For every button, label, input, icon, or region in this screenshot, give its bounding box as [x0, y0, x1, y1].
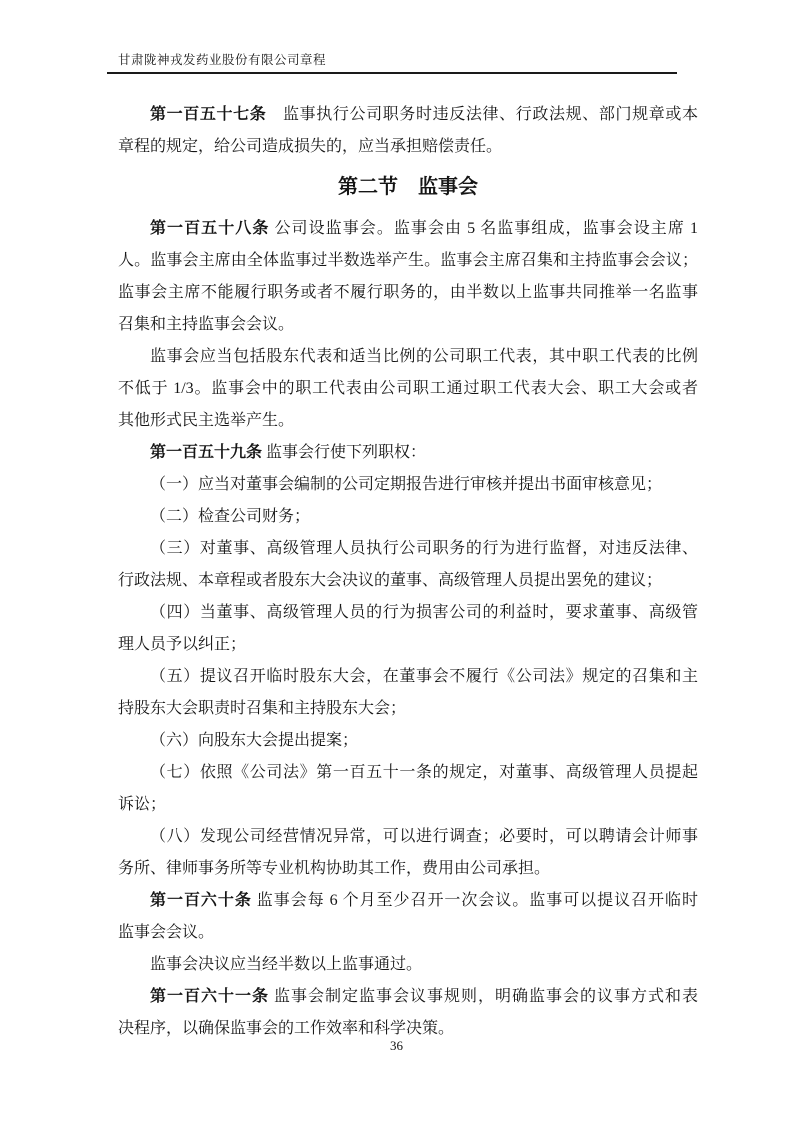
article-text: 召集和主持监事会会议。 [118, 316, 294, 333]
article-text: 监事会制定监事会议事规则，明确监事会的议事方式和表 [274, 988, 698, 1005]
text-line: （七）依照《公司法》第一百五十一条的规定，对董事、高级管理人员提起 [118, 757, 698, 789]
article-number: 第一百五十九条 [150, 444, 266, 461]
text-line: （三）对董事、高级管理人员执行公司职务的行为进行监督，对违反法律、 [118, 533, 698, 565]
article-text: （八）发现公司经营情况异常，可以进行调查；必要时，可以聘请会计师事 [150, 828, 698, 845]
article-text: 务所、律师事务所等专业机构协助其工作，费用由公司承担。 [118, 860, 550, 877]
text-line: 监事会主席不能履行职务或者不履行职务的，由半数以上监事共同推举一名监事 [118, 277, 698, 309]
text-line: 其他形式民主选举产生。 [118, 405, 698, 437]
article-text: 章程的规定，给公司造成损失的，应当承担赔偿责任。 [118, 138, 502, 155]
document-body: 第一百五十七条 监事执行公司职务时违反法律、行政法规、部门规章或本章程的规定，给… [118, 99, 698, 1045]
article-text: （七）依照《公司法》第一百五十一条的规定，对董事、高级管理人员提起 [150, 764, 698, 781]
article-text: 行政法规、本章程或者股东大会决议的董事、高级管理人员提出罢免的建议； [118, 572, 662, 589]
article-text: （六）向股东大会提出提案； [150, 732, 358, 749]
text-line: 第一百六十一条 监事会制定监事会议事规则，明确监事会的议事方式和表 [118, 981, 698, 1013]
article-text: 监事会应当包括股东代表和适当比例的公司职工代表，其中职工代表的比例 [150, 348, 698, 365]
text-line: （一）应当对董事会编制的公司定期报告进行审核并提出书面审核意见； [118, 469, 698, 501]
article-text: 监事会会议。 [118, 924, 214, 941]
article-number: 第一百六十条 [150, 892, 257, 909]
text-line: 监事会应当包括股东代表和适当比例的公司职工代表，其中职工代表的比例 [118, 341, 698, 373]
article-text: 不低于 1/3。监事会中的职工代表由公司职工通过职工代表大会、职工大会或者 [118, 380, 698, 397]
text-line: 第一百五十七条 监事执行公司职务时违反法律、行政法规、部门规章或本 [118, 99, 698, 131]
text-line: （五）提议召开临时股东大会，在董事会不履行《公司法》规定的召集和主 [118, 661, 698, 693]
article-text: 公司设监事会。监事会由 5 名监事组成，监事会设主席 1 [274, 220, 698, 237]
text-line: 第一百五十八条 公司设监事会。监事会由 5 名监事组成，监事会设主席 1 [118, 213, 698, 245]
text-line: 诉讼； [118, 789, 698, 821]
article-number: 第一百五十七条 [150, 106, 283, 123]
article-number: 第一百五十八条 [150, 220, 274, 237]
text-line: 监事会决议应当经半数以上监事通过。 [118, 949, 698, 981]
article-text: 其他形式民主选举产生。 [118, 412, 294, 429]
text-line: 人。监事会主席由全体监事过半数选举产生。监事会主席召集和主持监事会会议； [118, 245, 698, 277]
article-text: 诉讼； [118, 796, 166, 813]
text-line: 第一百六十条 监事会每 6 个月至少召开一次会议。监事可以提议召开临时 [118, 885, 698, 917]
article-text: 人。监事会主席由全体监事过半数选举产生。监事会主席召集和主持监事会会议； [118, 252, 698, 269]
article-text: （一）应当对董事会编制的公司定期报告进行审核并提出书面审核意见； [150, 476, 662, 493]
text-line: 行政法规、本章程或者股东大会决议的董事、高级管理人员提出罢免的建议； [118, 565, 698, 597]
article-text: 理人员予以纠正； [118, 636, 246, 653]
article-text: （三）对董事、高级管理人员执行公司职务的行为进行监督，对违反法律、 [150, 540, 698, 557]
text-line: （二）检查公司财务； [118, 501, 698, 533]
text-line: 第一百五十九条 监事会行使下列职权： [118, 437, 698, 469]
text-line: 持股东大会职责时召集和主持股东大会； [118, 693, 698, 725]
text-line: （八）发现公司经营情况异常，可以进行调查；必要时，可以聘请会计师事 [118, 821, 698, 853]
article-text: 监事会主席不能履行职务或者不履行职务的，由半数以上监事共同推举一名监事 [118, 284, 698, 301]
article-text: 决程序，以确保监事会的工作效率和科学决策。 [118, 1020, 454, 1037]
article-text: （四）当董事、高级管理人员的行为损害公司的利益时，要求董事、高级管 [150, 604, 698, 621]
article-text: 监事执行公司职务时违反法律、行政法规、部门规章或本 [283, 106, 698, 123]
text-line: （四）当董事、高级管理人员的行为损害公司的利益时，要求董事、高级管 [118, 597, 698, 629]
page-footer: 36 [0, 1038, 793, 1054]
page-header: 甘肃陇神戎发药业股份有限公司章程 [107, 53, 677, 74]
text-line: 监事会会议。 [118, 917, 698, 949]
article-text: 持股东大会职责时召集和主持股东大会； [118, 700, 406, 717]
article-text: 监事会每 6 个月至少召开一次会议。监事可以提议召开临时 [257, 892, 698, 909]
text-line: 理人员予以纠正； [118, 629, 698, 661]
article-text: 监事会行使下列职权： [266, 444, 426, 461]
document-page: 甘肃陇神戎发药业股份有限公司章程 第一百五十七条 监事执行公司职务时违反法律、行… [0, 0, 793, 1122]
page-number: 36 [390, 1038, 403, 1053]
article-text: 监事会决议应当经半数以上监事通过。 [150, 956, 422, 973]
article-number: 第一百六十一条 [150, 988, 274, 1005]
article-text: （二）检查公司财务； [150, 508, 310, 525]
section-heading: 第二节 监事会 [118, 169, 698, 205]
text-line: 章程的规定，给公司造成损失的，应当承担赔偿责任。 [118, 131, 698, 163]
text-line: （六）向股东大会提出提案； [118, 725, 698, 757]
text-line: 务所、律师事务所等专业机构协助其工作，费用由公司承担。 [118, 853, 698, 885]
text-line: 召集和主持监事会会议。 [118, 309, 698, 341]
document-title: 甘肃陇神戎发药业股份有限公司章程 [118, 53, 326, 67]
article-text: （五）提议召开临时股东大会，在董事会不履行《公司法》规定的召集和主 [150, 668, 698, 685]
text-line: 不低于 1/3。监事会中的职工代表由公司职工通过职工代表大会、职工大会或者 [118, 373, 698, 405]
